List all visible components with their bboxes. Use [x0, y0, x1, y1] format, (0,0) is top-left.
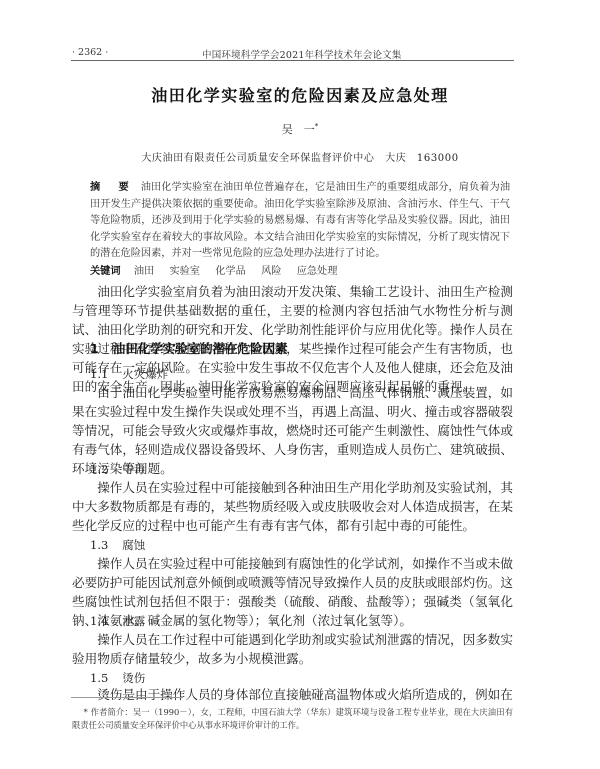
- subsection-title: 腐蚀: [122, 538, 145, 552]
- subsection-heading: 1.2中毒: [90, 461, 145, 477]
- footnote: * 作者简介：吴一（1990－），女，工程师，中国石油大学（华东）建筑环境与设备…: [72, 706, 513, 732]
- author-line: 吴 一*: [0, 121, 600, 137]
- subsection-number: 1.4: [90, 614, 108, 628]
- section-heading: 1油田化学实验室的潜在危险因素: [90, 339, 288, 357]
- header-rule: [71, 60, 514, 61]
- paper-page: · 2362 · 中国环境科学学会2021年科学技术年会论文集 油田化学实验室的…: [0, 0, 600, 769]
- abstract-text: 油田化学实验室在油田单位普遍存在，它是油田生产的重要组成部分，肩负着为油田开发生…: [90, 182, 510, 259]
- subsection-number: 1.5: [90, 671, 108, 685]
- running-head: · 2362 · 中国环境科学学会2021年科学技术年会论文集: [72, 47, 514, 61]
- subsection-title: 火灾爆炸: [122, 367, 168, 381]
- affiliation: 大庆油田有限责任公司质量安全环保监督评价中心 大庆 163000: [0, 149, 600, 164]
- page-number: · 2362 ·: [72, 47, 108, 58]
- subsection-paragraph: 操作人员在实验过程中可能接触到各种油田生产用化学助剂及实验试剂，其中大多数物质都…: [72, 478, 513, 535]
- subsection-title: 烫伤: [122, 671, 145, 685]
- subsection-heading: 1.3腐蚀: [90, 537, 145, 553]
- subsection-paragraph: 操作人员在工作过程中可能遇到化学助剂或实验试剂泄露的情况，因多数实验用物质存储量…: [72, 630, 513, 668]
- keyword: 应急处理: [297, 266, 338, 277]
- keyword: 油田: [134, 266, 154, 277]
- subsection-heading: 1.5烫伤: [90, 670, 145, 686]
- paper-title: 油田化学实验室的危险因素及应急处理: [0, 83, 600, 106]
- author-name: 吴 一: [282, 123, 315, 136]
- subsection-title: 泄露: [122, 614, 145, 628]
- subsection-number: 1.3: [90, 538, 108, 552]
- subsection-title: 中毒: [122, 462, 145, 476]
- keyword: 化学品: [215, 266, 246, 277]
- subsection-number: 1.2: [90, 462, 108, 476]
- keywords-label: 关键词: [90, 266, 121, 277]
- journal-name: 中国环境科学学会2021年科学技术年会论文集: [202, 47, 402, 61]
- keyword: 风险: [261, 266, 281, 277]
- subsection-number: 1.1: [90, 367, 108, 381]
- section-number: 1: [90, 341, 99, 356]
- footnote-rule: [71, 697, 183, 698]
- section-title: 油田化学实验室的潜在危险因素: [113, 341, 288, 356]
- footnote-text: 作者简介：吴一（1990－），女，工程师，中国石油大学（华东）建筑环境与设备工程…: [72, 707, 513, 730]
- subsection-heading: 1.4泄露: [90, 613, 145, 629]
- abstract-label: 摘 要: [90, 182, 133, 193]
- keyword: 实验室: [169, 266, 200, 277]
- keywords: 关键词 油田 实验室 化学品 风险 应急处理: [90, 262, 510, 277]
- abstract: 摘 要油田化学实验室在油田单位普遍存在，它是油田生产的重要组成部分，肩负着为油田…: [90, 180, 510, 263]
- author-footnote-marker: *: [315, 122, 319, 130]
- footnote-marker: *: [84, 707, 88, 717]
- subsection-paragraph: 烫伤是由于操作人员的身体部位直接触碰高温物体或火焰所造成的，例如在实验中意外触碰: [72, 685, 513, 704]
- subsection-heading: 1.1火灾爆炸: [90, 366, 168, 382]
